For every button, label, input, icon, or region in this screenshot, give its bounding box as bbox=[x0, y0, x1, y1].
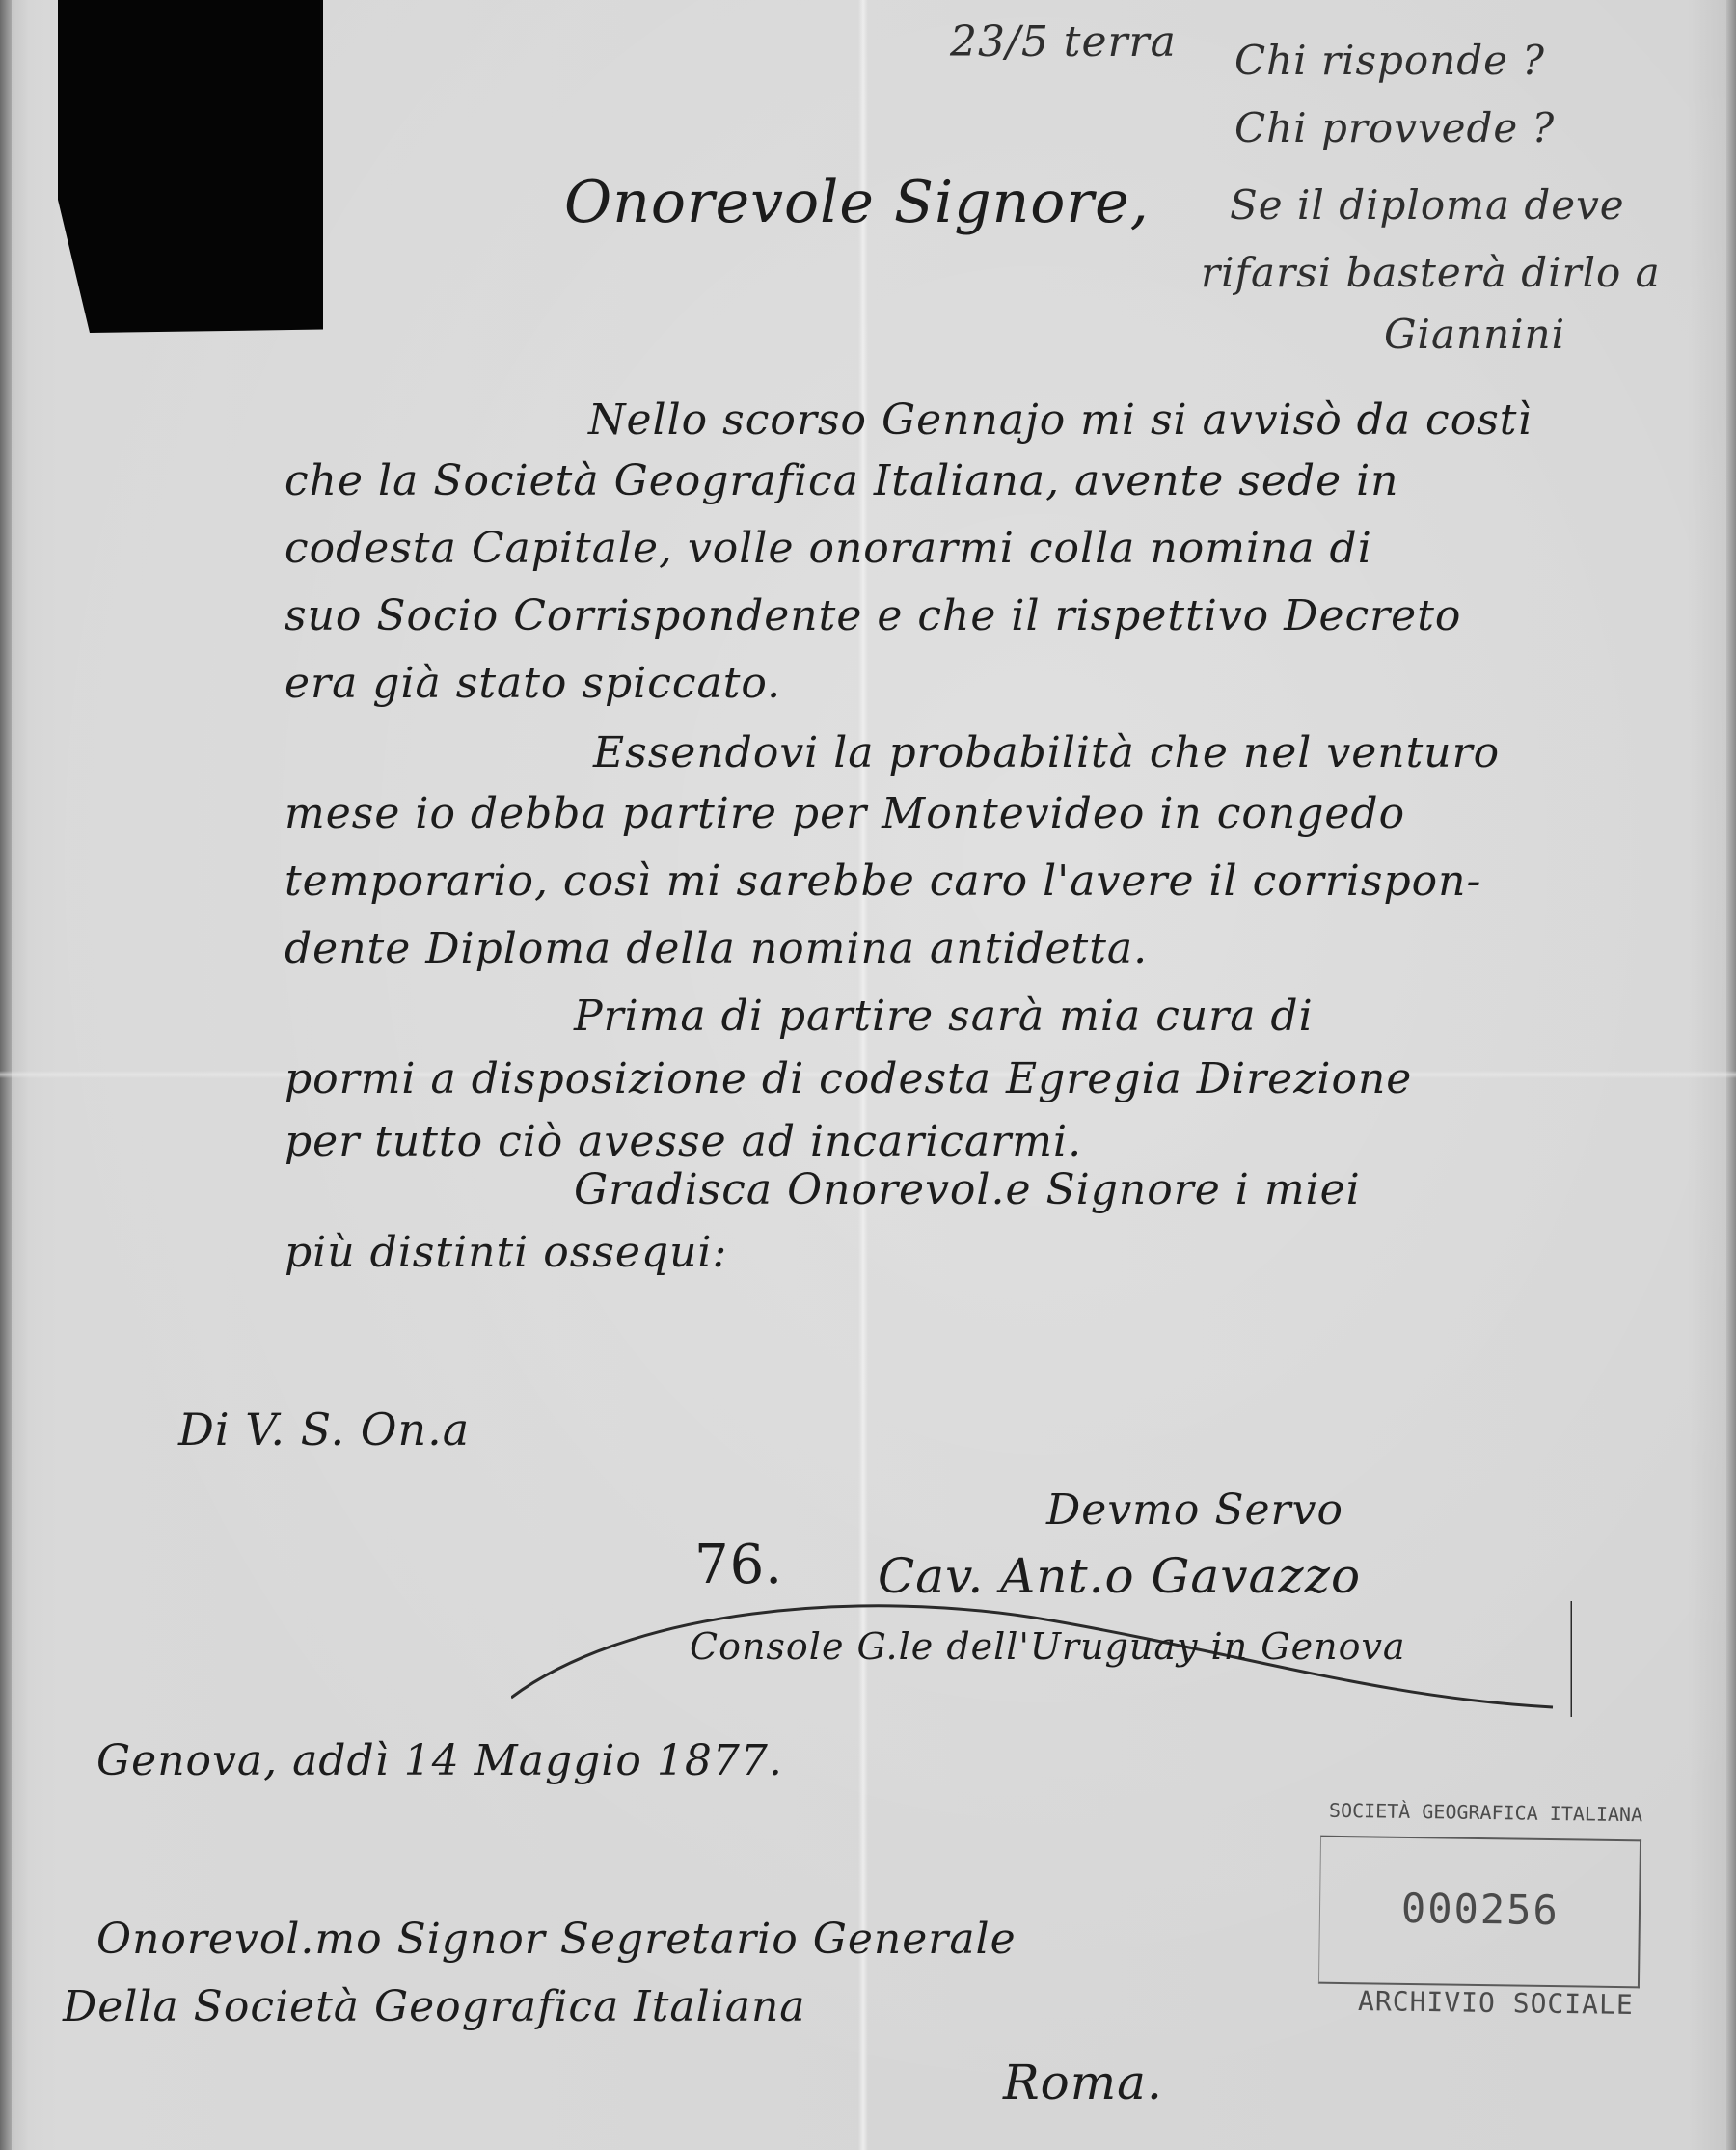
body-line: mese io debba partire per Montevideo in … bbox=[285, 789, 1405, 838]
signature: Cav. Ant.o Gavazzo bbox=[878, 1548, 1361, 1604]
body-line: per tutto ciò avesse ad incaricarmi. bbox=[285, 1117, 1082, 1166]
addressee-city: Roma. bbox=[1003, 2055, 1163, 2110]
signer-title: Console G.le dell'Uruguay in Genova bbox=[690, 1625, 1406, 1668]
body-line: che la Società Geografica Italiana, aven… bbox=[285, 456, 1399, 505]
margin-note-line: Chi provvede ? bbox=[1234, 104, 1555, 151]
body-line: codesta Capitale, volle onorarmi colla n… bbox=[285, 524, 1372, 573]
margin-note-reference: 23/5 terra bbox=[950, 17, 1177, 67]
letter-number: 76. bbox=[694, 1534, 783, 1596]
body-line: era già stato spiccato. bbox=[285, 659, 781, 708]
body-line: pormi a disposizione di codesta Egregia … bbox=[285, 1054, 1412, 1103]
addressee-line: Onorevol.mo Signor Segretario Generale bbox=[96, 1915, 1017, 1964]
stamp-archive-label: ARCHIVIO SOCIALE bbox=[1358, 1985, 1634, 2021]
redaction-block bbox=[58, 0, 323, 333]
body-line: Prima di partire sarà mia cura di bbox=[574, 992, 1314, 1041]
place-and-date: Genova, addì 14 Maggio 1877. bbox=[96, 1736, 783, 1785]
body-line: più distinti ossequi: bbox=[285, 1228, 727, 1277]
archive-stamp: SOCIETÀ GEOGRAFICA ITALIANA 000256 ARCHI… bbox=[1319, 1789, 1652, 2030]
sign-off: Devmo Servo bbox=[1046, 1485, 1343, 1535]
body-line: dente Diploma della nomina antidetta. bbox=[285, 924, 1148, 973]
margin-note-line: Se il diploma deve bbox=[1230, 181, 1625, 229]
body-line: Essendovi la probabilità che nel venturo bbox=[593, 728, 1500, 777]
body-line: Gradisca Onorevol.e Signore i miei bbox=[574, 1165, 1361, 1214]
closing-formula: Di V. S. On.a bbox=[178, 1403, 470, 1456]
body-line: temporario, così mi sarebbe caro l'avere… bbox=[285, 857, 1481, 906]
margin-note-signature: Giannini bbox=[1384, 311, 1565, 358]
stamp-archive-number: 000256 bbox=[1401, 1885, 1560, 1934]
body-line: suo Socio Corrispondente e che il rispet… bbox=[285, 591, 1461, 640]
addressee-line: Della Società Geografica Italiana bbox=[63, 1982, 806, 2031]
salutation: Onorevole Signore, bbox=[564, 169, 1150, 236]
body-line: Nello scorso Gennajo mi si avvisò da cos… bbox=[588, 395, 1533, 445]
stamp-society-name: SOCIETÀ GEOGRAFICA ITALIANA bbox=[1329, 1799, 1642, 1827]
margin-note-line: rifarsi basterà dirlo a bbox=[1201, 249, 1661, 296]
margin-note-line: Chi risponde ? bbox=[1234, 37, 1545, 84]
